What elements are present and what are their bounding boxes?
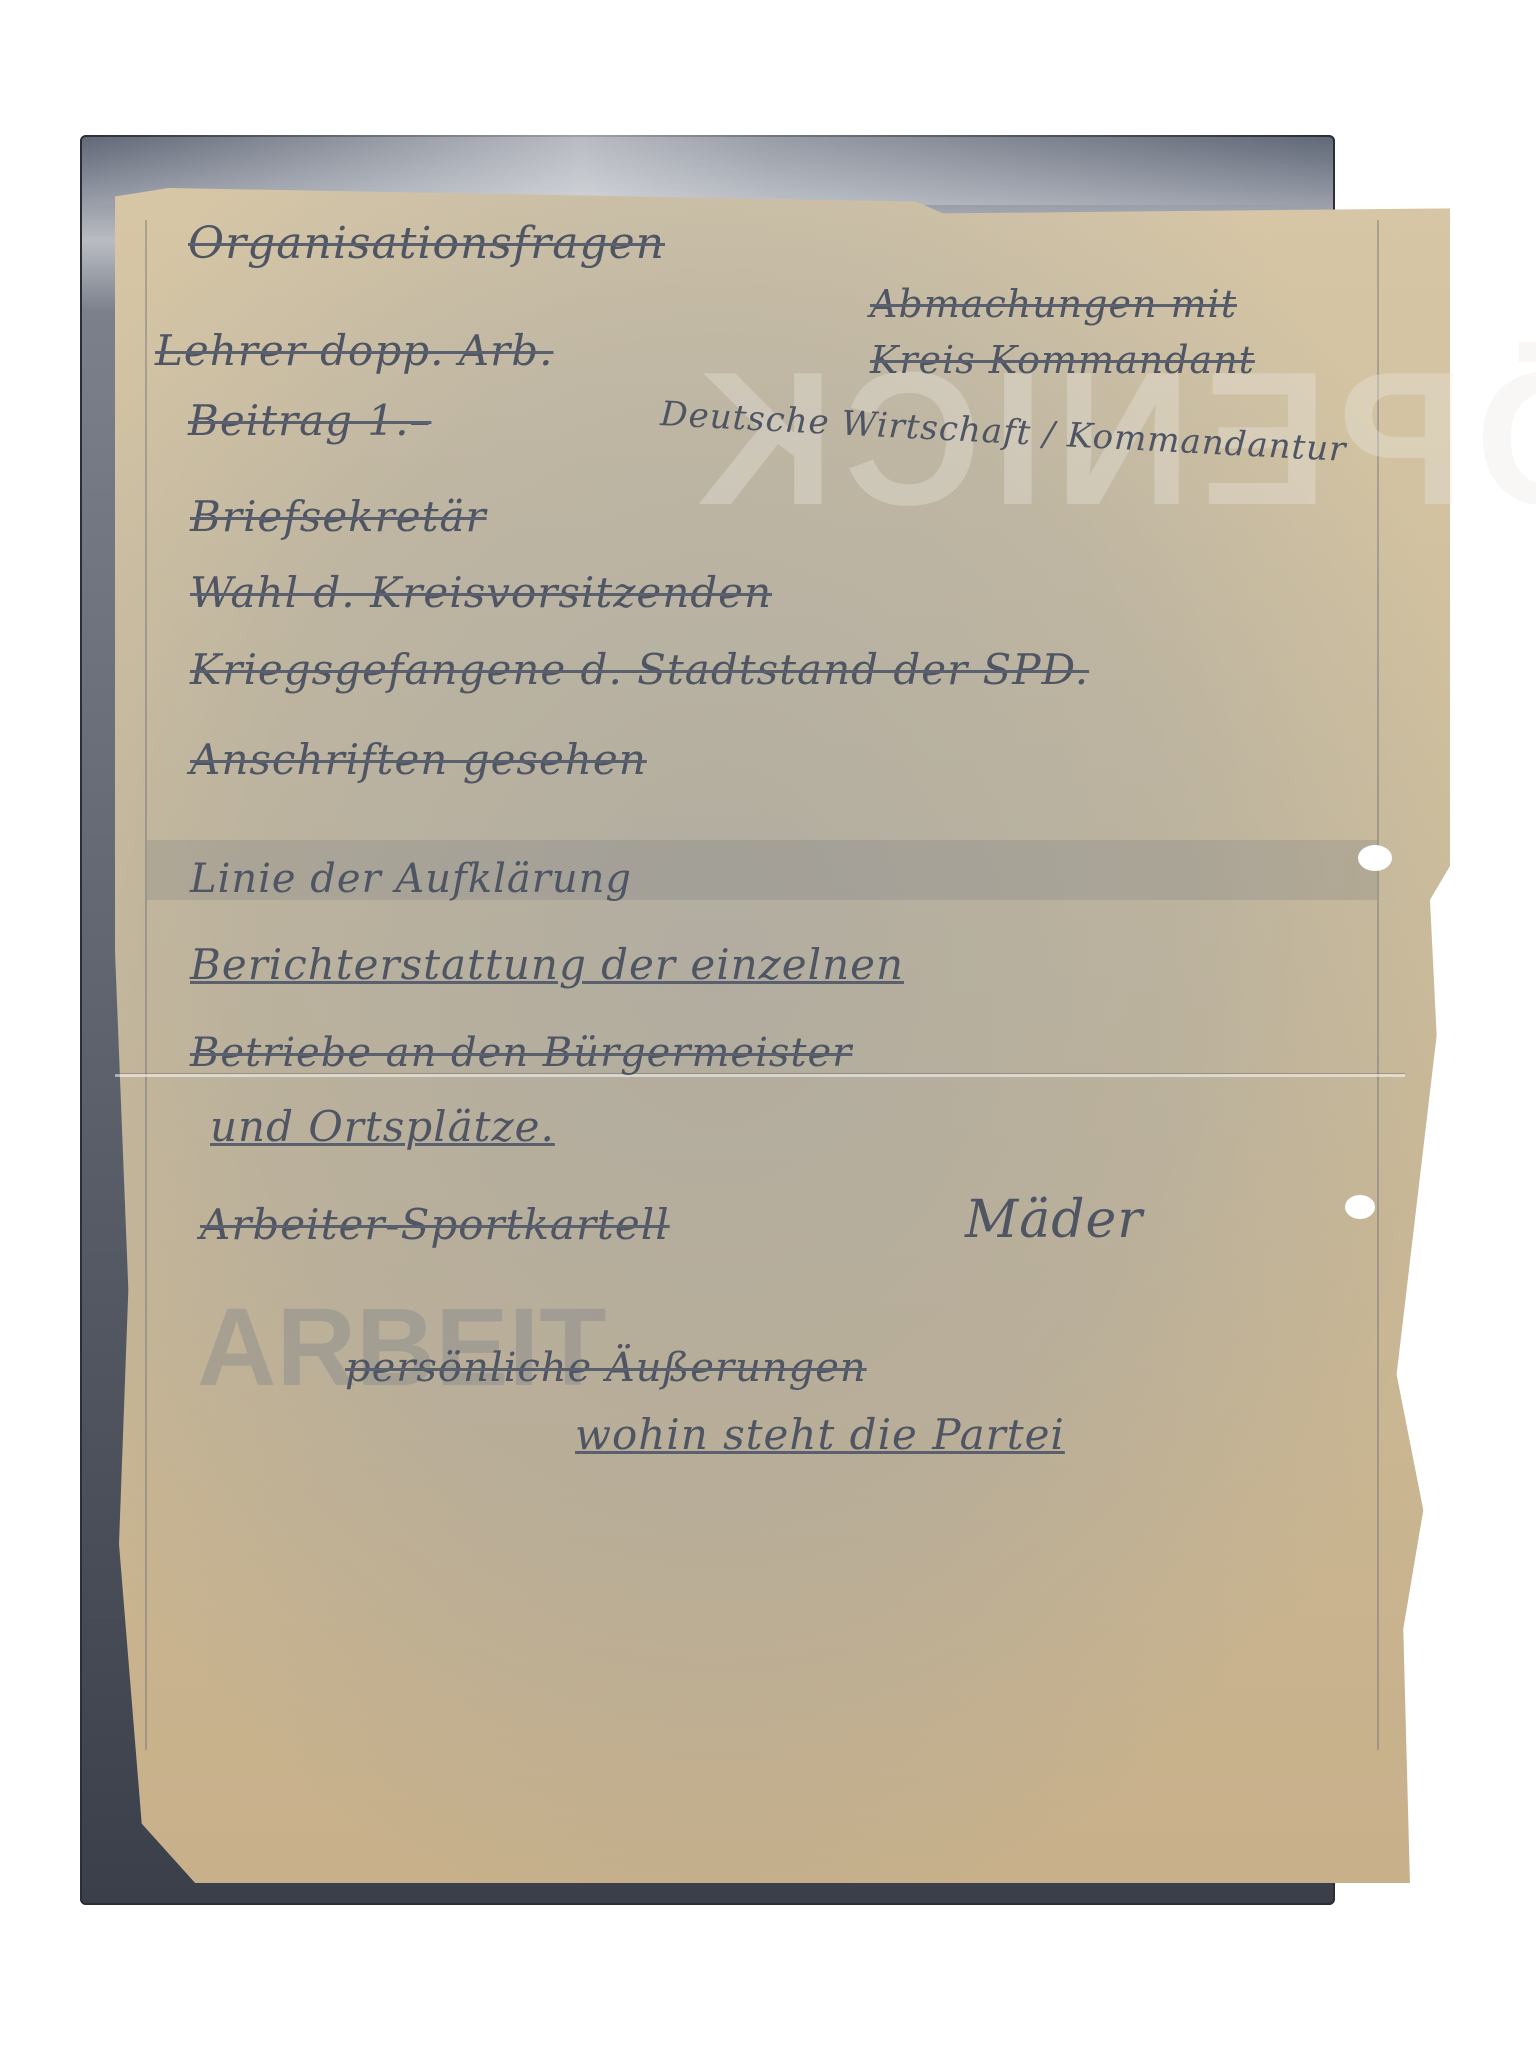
punch-hole-upper — [1358, 845, 1392, 871]
note-wohin-steht-die-partei: wohin steht die Partei — [575, 1410, 1065, 1459]
note-anschriften: Anschriften gesehen — [190, 735, 647, 784]
note-kriegsgefangene: Kriegsgefangene d. Stadtstand der SPD. — [190, 645, 1089, 694]
note-kreis-kommandant: Kreis Kommandant — [870, 338, 1255, 382]
note-maeder: Mäder — [965, 1190, 1143, 1250]
punch-hole-lower — [1345, 1195, 1375, 1219]
note-lehrer: Lehrer dopp. Arb. — [155, 326, 553, 375]
note-linie: Linie der Aufklärung — [190, 856, 632, 902]
note-berichterstattung: Berichterstattung der einzelnen — [190, 940, 904, 989]
note-ortsplaetze: und Ortsplätze. — [210, 1102, 555, 1151]
note-wahl: Wahl d. Kreisvorsitzenden — [190, 568, 772, 617]
note-briefsekretaer: Briefsekretär — [190, 492, 487, 541]
note-persoenliche-aeusserungen: persönliche Äußerungen — [345, 1345, 867, 1391]
note-betriebe: Betriebe an den Bürgermeister — [190, 1030, 852, 1076]
note-organisationsfragen: Organisationsfragen — [188, 218, 665, 269]
note-sportkartell: Arbeiter-Sportkartell — [200, 1200, 670, 1249]
vertical-poster-word: ARBEIT — [197, 1300, 307, 1396]
note-abmachungen: Abmachungen mit — [870, 282, 1237, 326]
note-beitrag: Beitrag 1.– — [188, 396, 431, 445]
